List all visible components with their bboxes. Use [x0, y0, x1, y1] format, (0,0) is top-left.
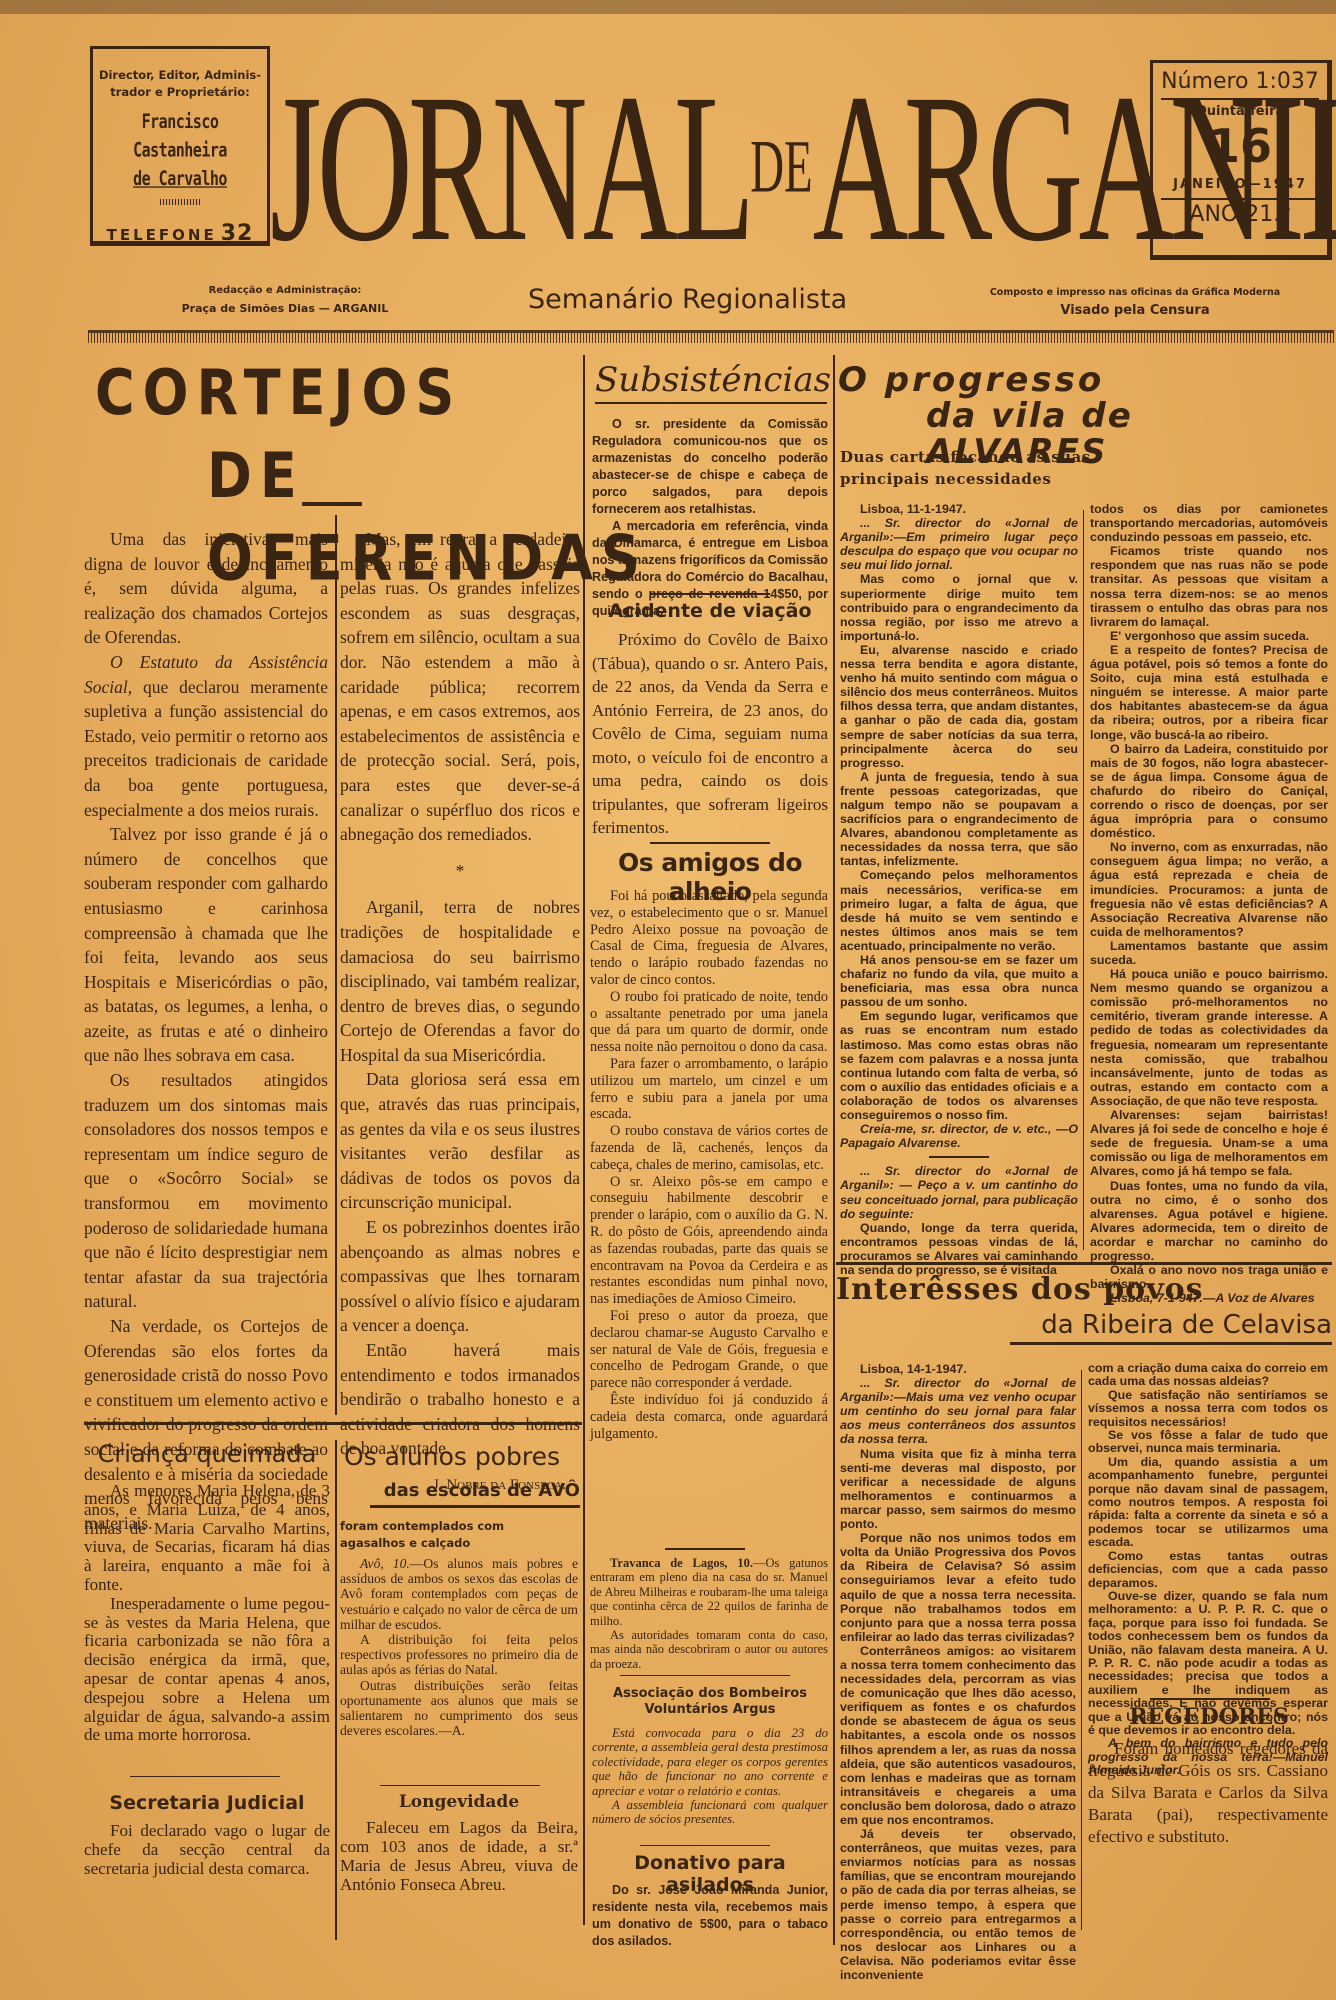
headline-subsistencias: Subsisténcias: [595, 360, 827, 404]
masthead-rule: [88, 330, 1334, 343]
divider-ornament: [160, 199, 200, 205]
subhead-progresso: Duas cartas focando as suas principais n…: [840, 446, 1140, 490]
issue-number: Número 1:037: [1161, 69, 1319, 100]
article-travanca: Travanca de Lagos, 10.—Os gatunos entrar…: [590, 1556, 828, 1671]
headline-acidente: Acidente de viação: [590, 600, 830, 622]
headline-interesses: Interêsses dos povos: [836, 1272, 1332, 1307]
column-rule: [335, 515, 337, 1415]
telephone: TELEFONE32: [93, 221, 267, 246]
owner-box: Director, Editor, Adminis-trador e Propr…: [90, 46, 270, 246]
headline-bombeiros: Associação dos Bombeiros Voluntários Arg…: [594, 1686, 826, 1718]
article-amigos: Foi há pouco assaltado, pela segunda vez…: [590, 888, 828, 1442]
article-donativo: Do sr. José João Miranda Junior, residen…: [592, 1882, 828, 1950]
day: 16: [1153, 121, 1327, 171]
column-rule: [335, 1440, 337, 1940]
article-cortejos-col1: Uma das iniciativas mais digna de louvor…: [84, 527, 328, 1535]
owner-role: Director, Editor, Adminis-trador e Propr…: [93, 67, 267, 101]
article-alunos: Avô, 10.—Os alunos mais pobres e assíduo…: [340, 1556, 578, 1738]
divider-ornament: [650, 593, 770, 595]
subhead-alunos: foram contemplados com agasalhos e calça…: [340, 1518, 540, 1552]
article-acidente: Próximo do Covêlo de Baixo (Tábua), quan…: [592, 628, 828, 840]
month-year: JANEIRO—1947: [1161, 177, 1319, 200]
column-rule: [1083, 510, 1084, 1250]
printer-info: Composto e impresso nas oficinas da Gráf…: [955, 284, 1315, 320]
divider-ornament: [380, 1785, 540, 1786]
newspaper-page: Director, Editor, Adminis-trador e Propr…: [0, 0, 1336, 2000]
column-rule: [833, 355, 835, 1945]
article-secretaria: Foi declarado vago o lugar de chefe da s…: [84, 1822, 330, 1878]
newspaper-subtitle: Semanário Regionalista: [528, 284, 847, 315]
article-progresso-col2: todos os dias por camionetes transportan…: [1090, 502, 1328, 1305]
divider-ornament: [1150, 1698, 1270, 1700]
article-regedores: Foram nomeados regedores da freguesia de…: [1088, 1738, 1328, 1848]
article-crianca: As menores Maria Helena, de 3 anos, e Ma…: [84, 1482, 330, 1745]
weekday: Quinta-feira: [1153, 104, 1327, 119]
headline-crianca: Criança queimada: [84, 1440, 330, 1468]
page-edge: [0, 0, 1336, 14]
issue-box: Número 1:037 Quinta-feira 16 JANEIRO—194…: [1150, 60, 1332, 260]
headline-alunos: Os alunos pobres: [336, 1442, 588, 1471]
divider-ornament: [640, 1845, 770, 1846]
headline-longevidade: Longevidade: [340, 1792, 578, 1812]
article-longevidade: Faleceu em Lagos da Beira, com 103 anos …: [340, 1818, 578, 1894]
p2-rest: que declarou meramente supletiva a funçã…: [84, 677, 328, 820]
article-progresso-col1: Lisboa, 11-1-1947. ... Sr. director do «…: [840, 502, 1078, 1277]
article-cortejos-col2: Mas, em regra, a verdadeira miséria não …: [340, 527, 580, 1498]
editorial-address: Redacção e Administração: Praça de Simõe…: [120, 282, 450, 318]
section-rule: [836, 1262, 1332, 1265]
divider-ornament: [130, 1776, 280, 1777]
headline-interesses-sub: da Ribeira de Celavisa: [1010, 1310, 1332, 1345]
owner-name: Francisco Castanheira de Carvalho: [93, 107, 267, 193]
divider-ornament: [665, 1548, 745, 1550]
article-bombeiros: Está convocada para o dia 23 do corrente…: [592, 1726, 828, 1827]
headline-underline: [302, 502, 362, 506]
divider-ornament: [929, 1156, 989, 1158]
volume-year: ANO 21.º: [1153, 202, 1327, 227]
headline-alunos-sub: das escolas de AVÔ: [370, 1480, 580, 1508]
column-rule: [1081, 1370, 1082, 1930]
section-rule: [84, 1422, 582, 1425]
article-subsistencias: O sr. presidente da Comissão Reguladora …: [592, 416, 828, 620]
headline-secretaria: Secretaria Judicial: [84, 1792, 330, 1814]
headline-regedores: REGEDORES: [1086, 1704, 1332, 1730]
divider-ornament: [650, 842, 770, 844]
divider-ornament: [620, 1675, 790, 1676]
article-interesses-col1: Lisboa, 14-1-1947. ... Sr. director do «…: [840, 1362, 1076, 1982]
